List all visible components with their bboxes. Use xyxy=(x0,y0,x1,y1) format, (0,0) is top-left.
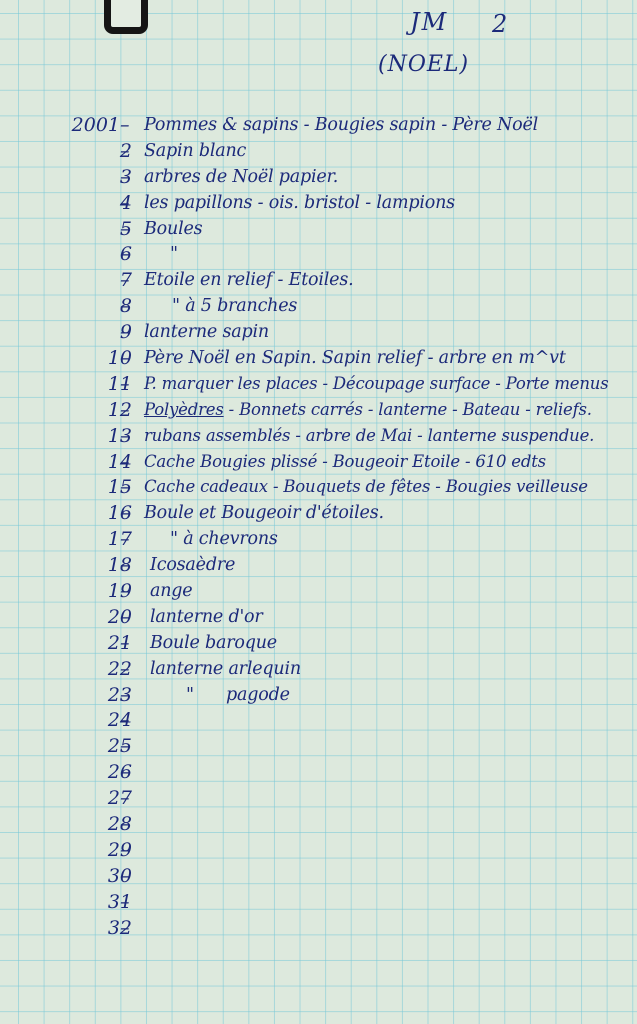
list-item: 5–Boules xyxy=(0,216,637,242)
list-item: 2–Sapin blanc xyxy=(0,138,637,164)
entry-dash: – xyxy=(120,474,130,500)
entry-dash: – xyxy=(120,397,130,423)
notebook-page: JM 2 (NOEL) 2001–Pommes & sapins - Bougi… xyxy=(0,0,637,1024)
entry-text: lanterne sapin xyxy=(144,319,269,345)
underlined-word: Polyèdres xyxy=(144,400,224,419)
list-item: 23–" pagode xyxy=(0,682,637,708)
entry-dash: – xyxy=(120,526,130,552)
list-item: 7–Etoile en relief - Etoiles. xyxy=(0,267,637,293)
entry-text: rubans assemblés - arbre de Mai - lanter… xyxy=(144,423,594,449)
list-item: 32– xyxy=(0,915,637,941)
list-item: 15–Cache cadeaux - Bouquets de fêtes - B… xyxy=(0,474,637,500)
list-item: 11–P. marquer les places - Découpage sur… xyxy=(0,371,637,397)
list-item: 3–arbres de Noël papier. xyxy=(0,164,637,190)
list-item: 17–" à chevrons xyxy=(0,526,637,552)
entry-dash: – xyxy=(120,293,130,319)
entry-text: Cache Bougies plissé - Bougeoir Etoile -… xyxy=(144,449,546,475)
entry-dash: – xyxy=(120,578,130,604)
entry-dash: – xyxy=(120,682,130,708)
entry-dash: – xyxy=(120,759,130,785)
entry-text: " à chevrons xyxy=(170,526,278,552)
entry-text: Pommes & sapins - Bougies sapin - Père N… xyxy=(144,112,538,138)
entry-dash: – xyxy=(120,552,130,578)
entry-text: " pagode xyxy=(186,682,290,708)
entry-text: lanterne arlequin xyxy=(150,656,301,682)
list-item: 25– xyxy=(0,733,637,759)
entry-text: arbres de Noël papier. xyxy=(144,164,338,190)
entry-dash: – xyxy=(120,371,130,397)
entry-dash: – xyxy=(120,500,130,526)
entry-text: lanterne d'or xyxy=(150,604,263,630)
list-item: 22–lanterne arlequin xyxy=(0,656,637,682)
list-item: 31– xyxy=(0,889,637,915)
list-item: 13–rubans assemblés - arbre de Mai - lan… xyxy=(0,423,637,449)
entry-dash: – xyxy=(120,241,130,267)
page-title: JM xyxy=(410,8,448,36)
entry-text: ange xyxy=(150,578,192,604)
list-item: 18–Icosaèdre xyxy=(0,552,637,578)
entry-text: Polyèdres - Bonnets carrés - lanterne - … xyxy=(144,397,592,423)
entry-dash: – xyxy=(120,915,130,941)
list-item: 16–Boule et Bougeoir d'étoiles. xyxy=(0,500,637,526)
list-item: 20–lanterne d'or xyxy=(0,604,637,630)
list-item: 2001–Pommes & sapins - Bougies sapin - P… xyxy=(0,112,637,138)
entry-text: Boule baroque xyxy=(150,630,277,656)
entry-text: P. marquer les places - Découpage surfac… xyxy=(144,371,608,397)
list-item: 26– xyxy=(0,759,637,785)
entry-dash: – xyxy=(120,811,130,837)
entry-dash: – xyxy=(120,216,130,242)
entry-dash: – xyxy=(120,630,130,656)
entry-dash: – xyxy=(120,889,130,915)
list-item: 10–Père Noël en Sapin. Sapin relief - ar… xyxy=(0,345,637,371)
entry-text: Icosaèdre xyxy=(150,552,235,578)
entry-dash: – xyxy=(120,423,130,449)
list-item: 29– xyxy=(0,837,637,863)
entry-dash: – xyxy=(120,112,130,138)
list-item: 9–lanterne sapin xyxy=(0,319,637,345)
list-item: 27– xyxy=(0,785,637,811)
page-number: 2 xyxy=(492,10,507,38)
entry-number: 2001 xyxy=(72,112,120,138)
entry-dash: – xyxy=(120,707,130,733)
entry-text: " xyxy=(170,241,178,267)
entry-text: Etoile en relief - Etoiles. xyxy=(144,267,353,293)
entry-dash: – xyxy=(120,863,130,889)
entry-dash: – xyxy=(120,449,130,475)
list-item: 30– xyxy=(0,863,637,889)
binder-clip xyxy=(104,0,148,34)
entry-dash: – xyxy=(120,604,130,630)
list-item: 21–Boule baroque xyxy=(0,630,637,656)
entry-dash: – xyxy=(120,785,130,811)
entry-text: Boules xyxy=(144,216,202,242)
entry-dash: – xyxy=(120,656,130,682)
entry-text: " à 5 branches xyxy=(172,293,297,319)
entry-dash: – xyxy=(120,267,130,293)
entry-dash: – xyxy=(120,345,130,371)
entry-text: Sapin blanc xyxy=(144,138,246,164)
list-item: 6–" xyxy=(0,241,637,267)
list-item: 12–Polyèdres - Bonnets carrés - lanterne… xyxy=(0,397,637,423)
entry-dash: – xyxy=(120,190,130,216)
entry-text: les papillons - ois. bristol - lampions xyxy=(144,190,455,216)
list-item: 24– xyxy=(0,707,637,733)
entry-list: 2001–Pommes & sapins - Bougies sapin - P… xyxy=(0,112,637,941)
list-item: 4–les papillons - ois. bristol - lampion… xyxy=(0,190,637,216)
entry-dash: – xyxy=(120,837,130,863)
entry-text: Père Noël en Sapin. Sapin relief - arbre… xyxy=(144,345,566,371)
entry-text: Boule et Bougeoir d'étoiles. xyxy=(144,500,384,526)
entry-text: Cache cadeaux - Bouquets de fêtes - Boug… xyxy=(144,474,588,500)
entry-dash: – xyxy=(120,164,130,190)
list-item: 14–Cache Bougies plissé - Bougeoir Etoil… xyxy=(0,449,637,475)
entry-dash: – xyxy=(120,319,130,345)
entry-dash: – xyxy=(120,733,130,759)
entry-dash: – xyxy=(120,138,130,164)
list-item: 8–" à 5 branches xyxy=(0,293,637,319)
list-item: 19–ange xyxy=(0,578,637,604)
page-subtitle: (NOEL) xyxy=(378,52,469,77)
list-item: 28– xyxy=(0,811,637,837)
